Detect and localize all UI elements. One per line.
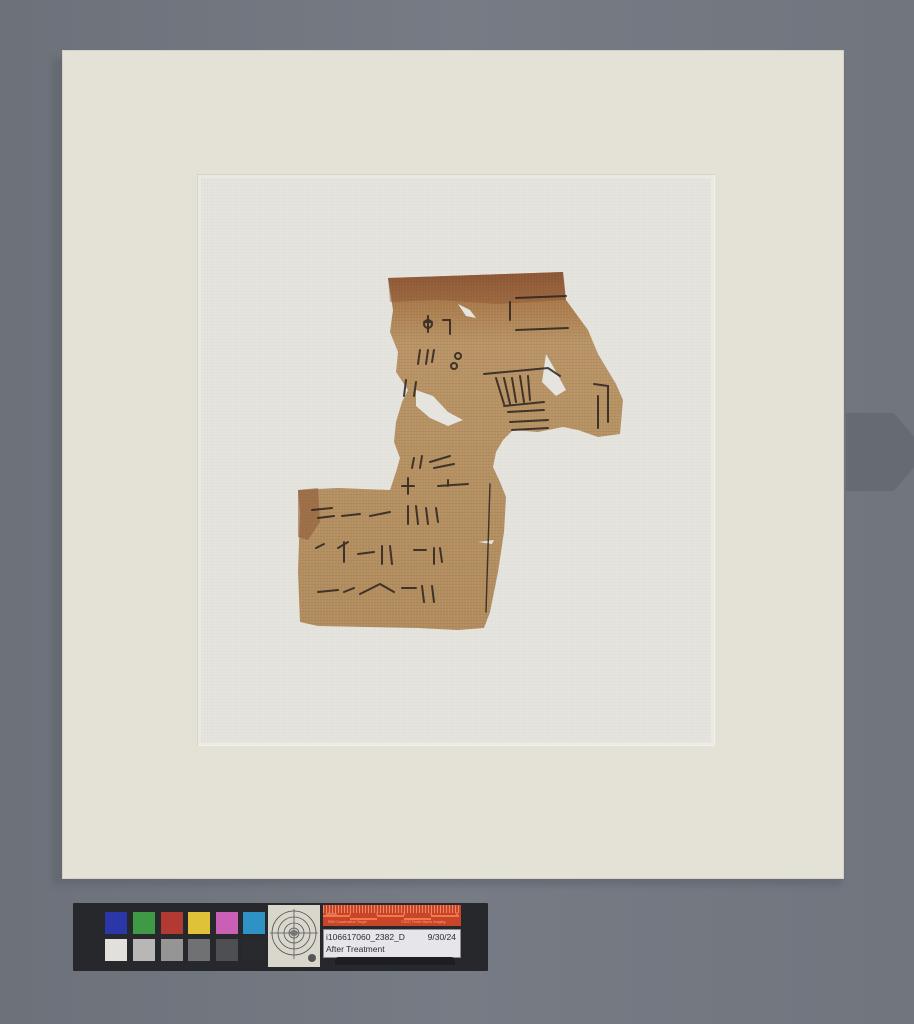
gray-patch-mid xyxy=(188,939,210,961)
metric-ruler: Metric 1 2 3 4 5 RMI Conservation Target… xyxy=(323,905,461,926)
ruler-caption-left: RMI Conservation Target xyxy=(328,920,367,924)
ruler-bar xyxy=(323,915,350,917)
bullseye-target-icon xyxy=(268,905,320,967)
color-patch-blue xyxy=(105,912,127,934)
gray-patch-white xyxy=(105,939,127,961)
ruler-bar xyxy=(377,915,404,917)
color-patch-cyan xyxy=(243,912,265,934)
gray-patch-light xyxy=(133,939,155,961)
ruler-ticks xyxy=(323,905,461,913)
color-patch-red xyxy=(161,912,183,934)
papyrus-fragment xyxy=(298,272,624,632)
ruler-bar xyxy=(431,915,459,917)
gray-patch-dark xyxy=(216,939,238,961)
mount-clip xyxy=(846,413,914,491)
color-calibration-target: Metric 1 2 3 4 5 RMI Conservation Target… xyxy=(73,903,488,971)
treatment-status: After Treatment xyxy=(326,944,385,954)
color-patch-magenta xyxy=(216,912,238,934)
color-patch-green xyxy=(133,912,155,934)
ruler-caption-right: ©2017 Robin Myers Imaging xyxy=(401,920,445,924)
specimen-identifier: i106617060_2382_D xyxy=(326,932,405,942)
label-notch xyxy=(335,957,455,965)
gray-patch-mid-light xyxy=(161,939,183,961)
color-patch-yellow xyxy=(188,912,210,934)
specimen-date: 9/30/24 xyxy=(428,932,456,942)
gray-patch-black xyxy=(243,939,265,961)
specimen-label: i106617060_2382_D 9/30/24 After Treatmen… xyxy=(323,929,461,958)
